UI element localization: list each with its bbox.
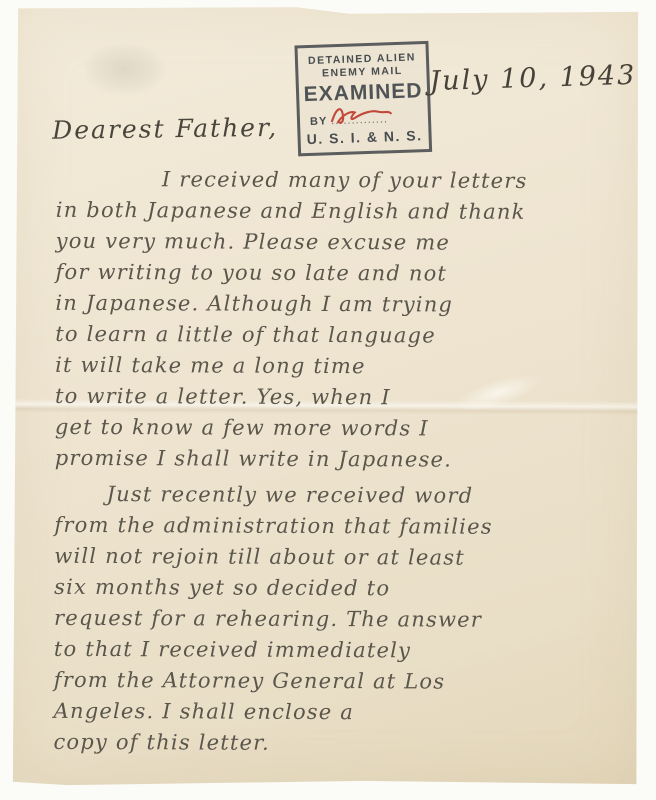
- letter-paper: DETAINED ALIEN ENEMY MAIL EXAMINED BY ..…: [11, 6, 640, 789]
- letter-line: to write a letter. Yes, when I: [55, 381, 625, 414]
- pencil-smudge: [84, 44, 164, 94]
- stamp-line-agency: U. S. I. & N. S.: [304, 127, 424, 147]
- letter-line: to that I received immediately: [54, 634, 624, 667]
- letter-line: from the administration that families: [54, 510, 624, 543]
- letter-line: request for a rehearing. The answer: [54, 603, 624, 636]
- letter-scan: DETAINED ALIEN ENEMY MAIL EXAMINED BY ..…: [0, 0, 656, 800]
- letter-line: Angeles. I shall enclose a: [54, 696, 624, 729]
- letter-line: it will take me a long time: [55, 350, 625, 383]
- letter-line: in both Japanese and English and thank: [56, 195, 626, 228]
- paragraph-1: I received many of your letters in both …: [55, 164, 626, 476]
- letter-body: I received many of your letters in both …: [53, 164, 626, 760]
- letter-line: I received many of your letters: [162, 164, 626, 197]
- letter-date: July 10, 1943: [429, 60, 637, 97]
- letter-line: get to know a few more words I: [55, 412, 625, 445]
- letter-line: promise I shall write in Japanese.: [55, 443, 625, 476]
- letter-line: Just recently we received word: [107, 479, 625, 512]
- letter-line: in Japanese. Although I am trying: [55, 288, 625, 321]
- paragraph-2: Just recently we received word from the …: [53, 479, 624, 760]
- censor-signature-icon: [327, 101, 394, 127]
- letter-line: copy of this letter.: [53, 727, 623, 760]
- letter-line: will not rejoin till about or at least: [54, 541, 624, 574]
- letter-line: from the Attorney General at Los: [54, 665, 624, 698]
- letter-line: for writing to you so late and not: [55, 257, 625, 290]
- letter-salutation: Dearest Father,: [52, 113, 278, 145]
- letter-line: you very much. Please excuse me: [56, 226, 626, 259]
- censor-stamp: DETAINED ALIEN ENEMY MAIL EXAMINED BY ..…: [294, 41, 432, 156]
- stamp-by-label: BY: [310, 115, 327, 128]
- letter-line: to learn a little of that language: [55, 319, 625, 352]
- letter-line: six months yet so decided to: [54, 572, 624, 605]
